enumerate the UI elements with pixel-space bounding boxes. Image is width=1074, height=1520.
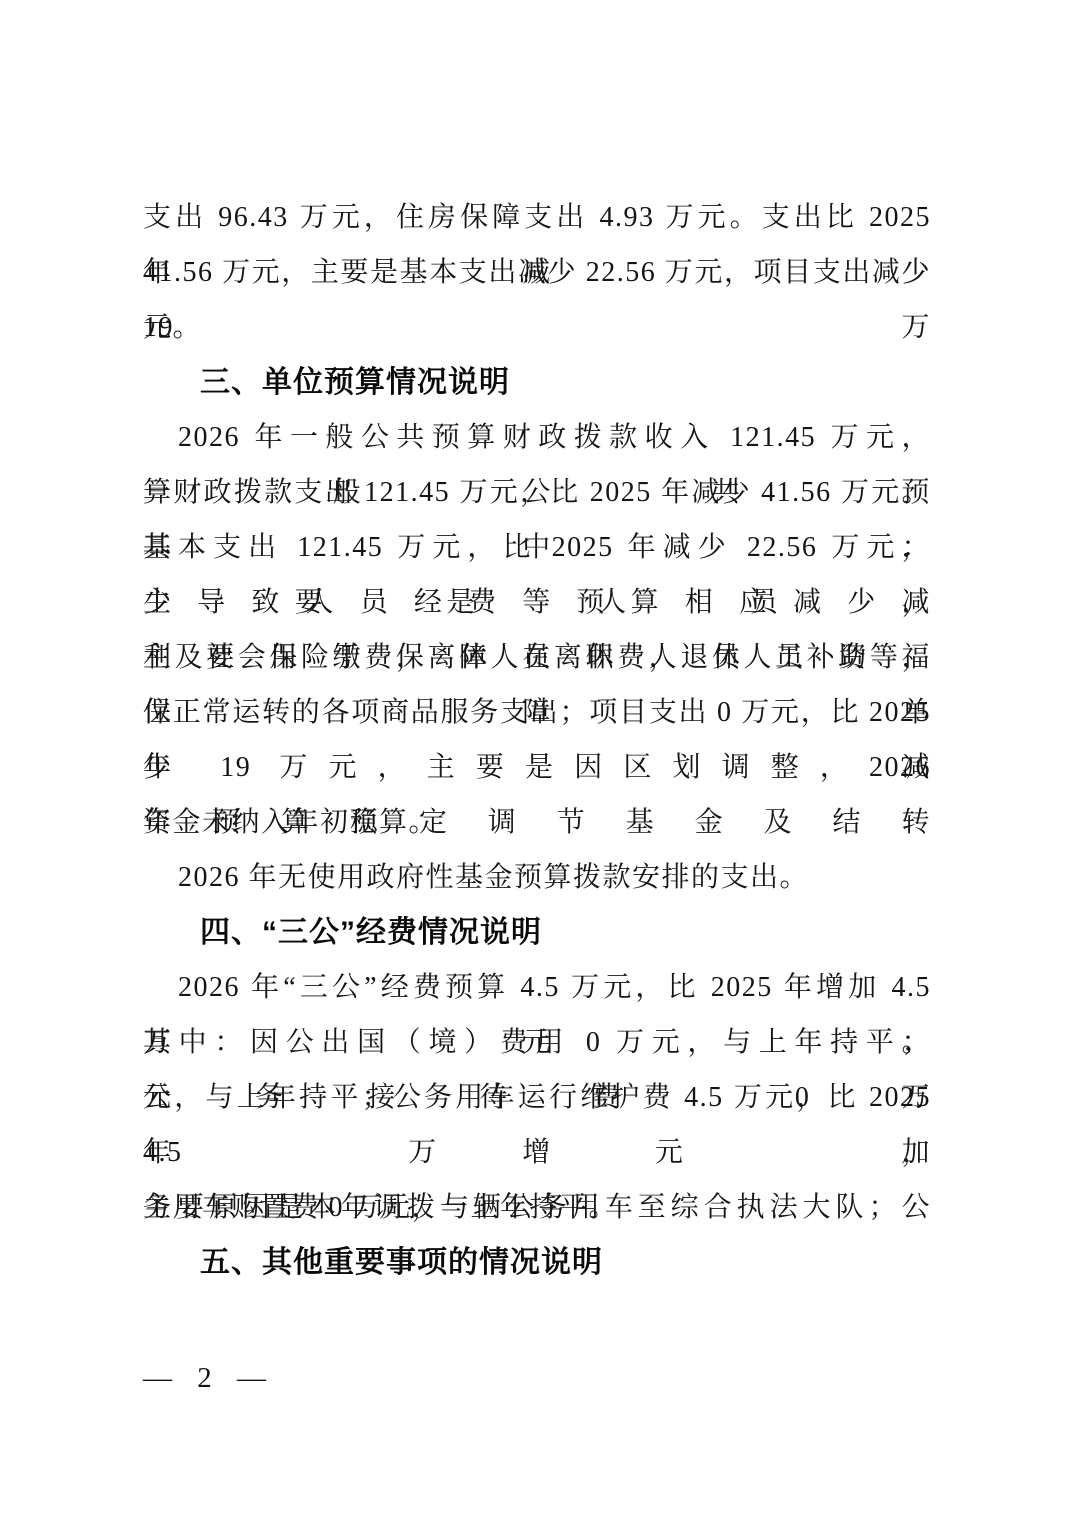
document-page: 支出 96.43 万元，住房保障支出 4.93 万元。支出比 2025 年减少 …: [0, 0, 1074, 1520]
body-line: 元，与上年持平；公务用车运行维护费 4.5 万元，比 2025 年增加: [143, 1070, 931, 1125]
body-line: 2026 年无使用政府性基金预算拨款安排的支出。: [143, 850, 931, 905]
body-line: 利及社会保险缴费，离休人员离休费，退休人员补助等，保障单: [143, 630, 931, 685]
section-heading-4: 四、“三公”经费情况说明: [143, 905, 931, 960]
body-line: 支出 96.43 万元，住房保障支出 4.93 万元。支出比 2025 年减少: [143, 190, 931, 245]
page-number: — 2 —: [143, 1362, 268, 1395]
body-line: 算财政拨款支出 121.45 万元，比 2025 年减少 41.56 万元。其中…: [143, 465, 931, 520]
body-line: 41.56 万元，主要是基本支出减少 22.56 万元，项目支出减少 19 万: [143, 245, 931, 300]
body-line: 2026 年一般公共预算财政拨款收入 121.45 万元，一般公共预: [143, 410, 931, 465]
section-heading-5: 五、其他重要事项的情况说明: [143, 1235, 931, 1290]
body-line: 其中：因公出国（境）费用 0 万元，与上年持平；公务接待费 0 万: [143, 1015, 931, 1070]
body-line: 位正常运转的各项商品服务支出；项目支出 0 万元，比 2025 年减: [143, 685, 931, 740]
body-line: 4.5 万元，主要原因是本年调拨一辆公务用车至综合执法大队；公: [143, 1125, 931, 1180]
body-line: 2026 年“三公”经费预算 4.5 万元，比 2025 年增加 4.5 万元。: [143, 960, 931, 1015]
body-line: 基本支出 121.45 万元，比 2025 年减少 22.56 万元，主要是人员…: [143, 520, 931, 575]
document-body: 支出 96.43 万元，住房保障支出 4.93 万元。支出比 2025 年减少 …: [143, 190, 931, 1290]
body-line: 少导致人员经费等预算相应减少，主要用于保障在职人员工资福: [143, 575, 931, 630]
body-line: 少 19 万元，主要是因区划调整，2026 年预算稳定调节基金及结转: [143, 740, 931, 795]
section-heading-3: 三、单位预算情况说明: [143, 355, 931, 410]
